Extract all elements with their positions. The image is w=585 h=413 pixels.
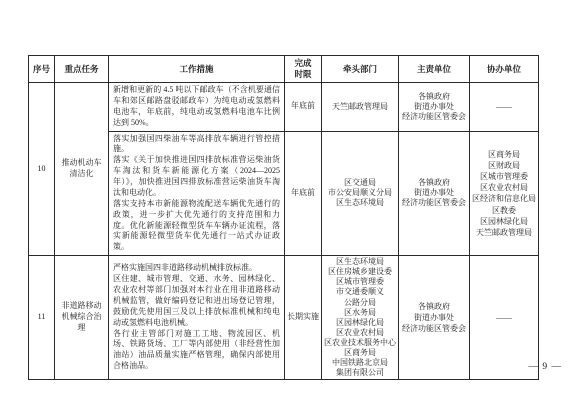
header-row: 序号 重点任务 工作措施 完成 时限 牵头部门 主责单位 协办单位 xyxy=(29,56,539,83)
measure-paragraph: 落实支持本市新能源物流配送车辆优先通行的政策，进一步扩大优先通行的支持范围和力度… xyxy=(113,199,280,253)
col-header-deadline: 完成 时限 xyxy=(285,56,322,83)
col-header-lead-dept: 牵头部门 xyxy=(322,56,399,83)
cell-main-unit-11: 各镇政府 街道办事处 经济功能区管委会 xyxy=(399,256,470,380)
document-page: 序号 重点任务 工作措施 完成 时限 牵头部门 主责单位 协办单位 10 推动机… xyxy=(0,0,585,413)
col-header-seq: 序号 xyxy=(29,56,55,83)
cell-deadline-10-2: 年底前 xyxy=(285,131,322,256)
cell-task-11: 非道路移动机械综合治理 xyxy=(55,256,109,380)
cell-deadline-11: 长期实施 xyxy=(285,256,322,380)
cell-main-unit-10-1: 各镇政府 街道办事处 经济功能区管委会 xyxy=(399,83,470,132)
measure-paragraph: 严格实施国四非道路移动机械排放标准。 xyxy=(113,263,280,274)
cell-deadline-10-1: 年底前 xyxy=(285,83,322,132)
measure-paragraph: 各行业主管部门对施工工地、物流园区、机场、铁路货场、工厂等内部使用（非经营性加油… xyxy=(113,329,280,373)
col-header-task: 重点任务 xyxy=(55,56,109,83)
cell-lead-dept-11: 区生态环境局 区住房城乡建设委 区城市管理委 市交通委顺义 公路分局 区水务局 … xyxy=(322,256,399,380)
cell-measures-11: 严格实施国四非道路移动机械排放标准。 区住建、城市管理、交通、水务、园林绿化、农… xyxy=(109,256,285,380)
measure-paragraph: 落实《关于加快推进国四排放标准营运柴油货车淘汰和货车新能源化方案（2024—20… xyxy=(113,155,280,199)
cell-assist-unit-10-1: —— xyxy=(470,83,539,132)
table-row-10-sub-1: 10 推动机动车清洁化 新增和更新的 4.5 吨以下邮政车（不含机要通信车和郊区… xyxy=(29,83,539,132)
cell-seq-11: 11 xyxy=(29,256,55,380)
task-table: 序号 重点任务 工作措施 完成 时限 牵头部门 主责单位 协办单位 10 推动机… xyxy=(28,55,539,380)
measure-paragraph: 落实加强国四柴油车等高排放车辆进行管控措施。 xyxy=(113,134,280,156)
cell-lead-dept-10-1: 天竺邮政管理局 xyxy=(322,83,399,132)
cell-task-10: 推动机动车清洁化 xyxy=(55,83,109,256)
page-number: — 9 — xyxy=(529,362,563,372)
table-row-11: 11 非道路移动机械综合治理 严格实施国四非道路移动机械排放标准。 区住建、城市… xyxy=(29,256,539,380)
cell-seq-10: 10 xyxy=(29,83,55,256)
col-header-main-unit: 主责单位 xyxy=(399,56,470,83)
measure-paragraph: 新增和更新的 4.5 吨以下邮政车（不含机要通信车和郊区邮路盘驳邮政车）为纯电动… xyxy=(113,85,280,129)
cell-measures-10-1: 新增和更新的 4.5 吨以下邮政车（不含机要通信车和郊区邮路盘驳邮政车）为纯电动… xyxy=(109,83,285,132)
col-header-measures: 工作措施 xyxy=(109,56,285,83)
cell-lead-dept-10-2: 区交通局 市公安局顺义分局 区生态环境局 xyxy=(322,131,399,256)
measure-paragraph: 区住建、城市管理、交通、水务、园林绿化、农业农村等部门加强对本行业在用非道路移动… xyxy=(113,274,280,328)
cell-measures-10-2: 落实加强国四柴油车等高排放车辆进行管控措施。 落实《关于加快推进国四排放标准营运… xyxy=(109,131,285,256)
cell-main-unit-10-2: 各镇政府 街道办事处 经济功能区管委会 xyxy=(399,131,470,256)
col-header-assist-unit: 协办单位 xyxy=(470,56,539,83)
cell-assist-unit-10-2: 区商务局 区财政局 区城市管理委 区农业农村局 区经济和信息化局 区教委 区园林… xyxy=(470,131,539,256)
